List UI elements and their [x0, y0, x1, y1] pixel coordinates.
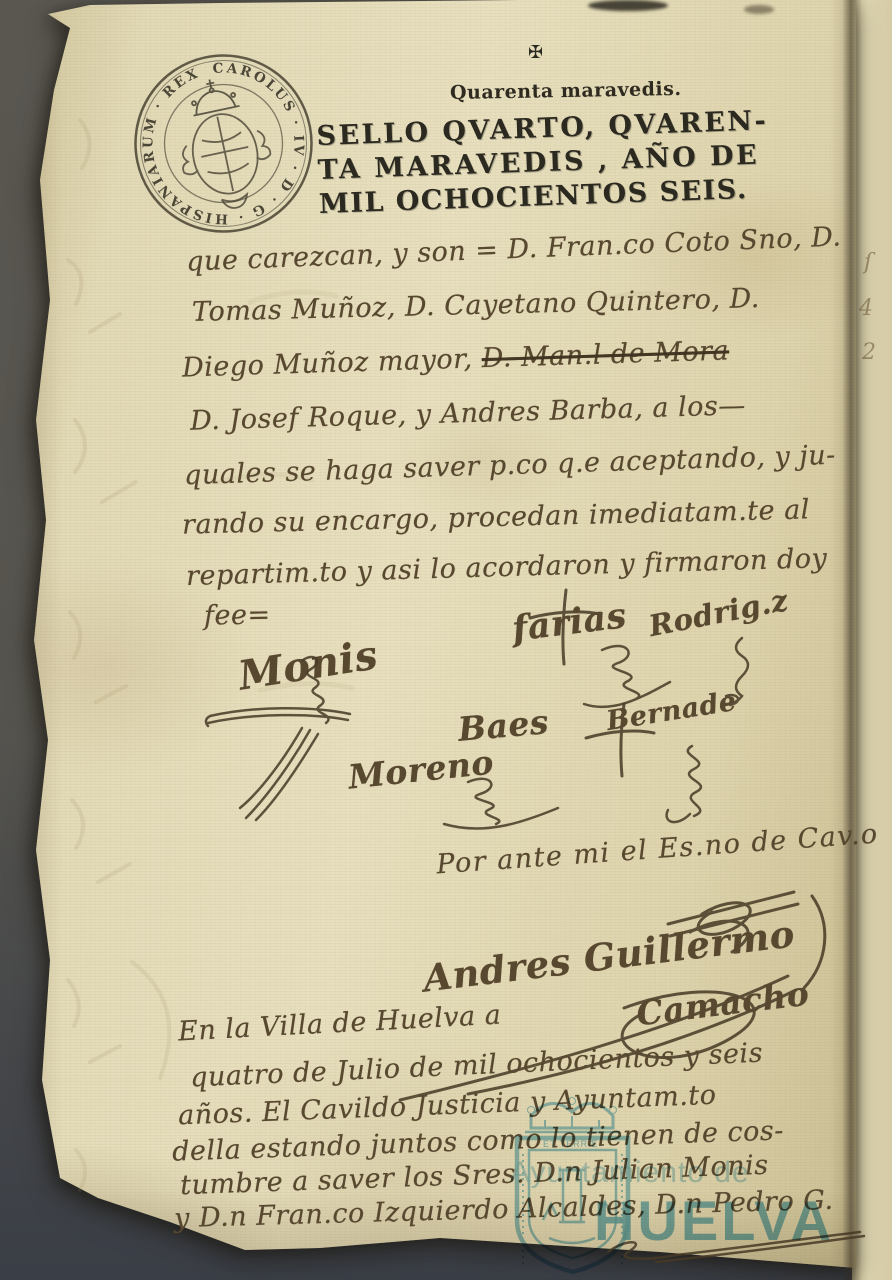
- shield-motto: ET TERRÆ: [543, 1139, 598, 1149]
- document-scan: ſ 4 2: [0, 0, 892, 1280]
- archive-watermark: ET TERRÆ Ayuntamiento de HUELVA: [0, 0, 892, 1280]
- watermark-text-small: Ayuntamiento de: [510, 1156, 750, 1190]
- watermark-text-large: HUELVA: [594, 1188, 834, 1253]
